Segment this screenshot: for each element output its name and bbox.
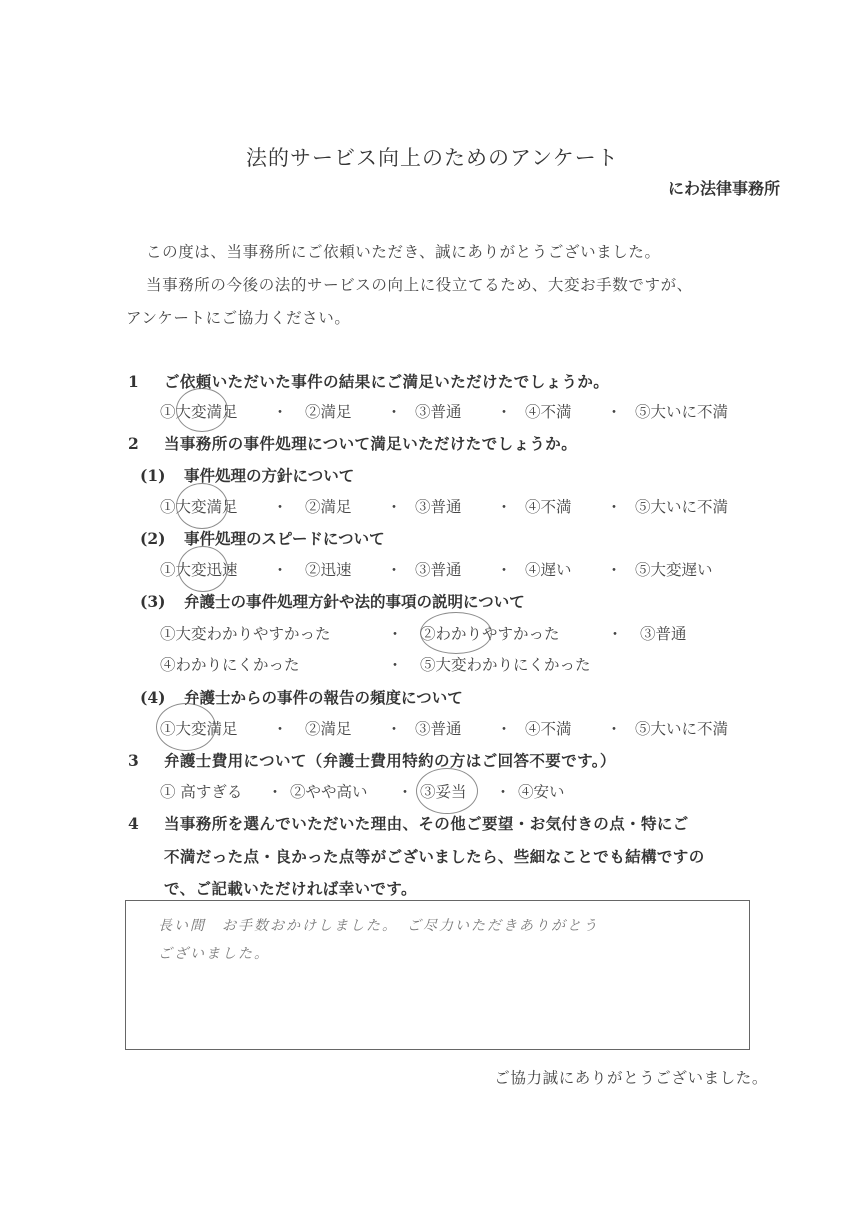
option-5[interactable]: ⑤大いに不満 [635, 400, 728, 422]
separator-dot: ・ [255, 400, 305, 422]
question-4-text-line-3: で、ご記載いただければ幸いです。 [164, 877, 417, 899]
option-2[interactable]: ②やや高い [290, 780, 390, 802]
law-firm-name: にわ法律事務所 [668, 176, 780, 199]
question-text-line-1: 当事務所を選んでいただいた理由、その他ご要望・お気付きの点・特にご [164, 814, 689, 833]
sub-number: (1) [140, 466, 184, 485]
option-4[interactable]: ④わかりにくかった [160, 653, 370, 675]
option-1[interactable]: ①大変迅速 [160, 558, 255, 580]
closing-thanks: ご協力誠にありがとうございました。 [494, 1066, 768, 1088]
free-comment-box[interactable]: 長い間 お手数おかけしました。 ご尽力いただきありがとう ございました。 [125, 900, 750, 1050]
question-2-sub-3-options-row-1: ①大変わかりやすかった ・ ②わかりやすかった ・ ③普通 [160, 622, 687, 644]
separator-dot: ・ [370, 653, 420, 675]
question-1: 1ご依頼いただいた事件の結果にご満足いただけたでしょうか。 [128, 370, 609, 392]
separator-dot: ・ [488, 780, 518, 802]
option-1[interactable]: ①大変わかりやすかった [160, 622, 370, 644]
question-number: 1 [128, 372, 164, 391]
option-2[interactable]: ②満足 [305, 400, 373, 422]
question-4: 4当事務所を選んでいただいた理由、その他ご要望・お気付きの点・特にご [128, 812, 689, 834]
intro-line-2: 当事務所の今後の法的サービスの向上に役立てるため、大変お手数ですが、 [146, 273, 693, 295]
option-2[interactable]: ②満足 [305, 495, 373, 517]
separator-dot: ・ [483, 495, 525, 517]
option-3[interactable]: ③普通 [415, 495, 483, 517]
question-2-sub-2: (2)事件処理のスピードについて [140, 527, 385, 549]
option-5[interactable]: ⑤大変遅い [635, 558, 713, 580]
question-2-sub-3: (3)弁護士の事件処理方針や法的事項の説明について [140, 590, 525, 612]
question-number: 2 [128, 434, 164, 453]
separator-dot: ・ [260, 780, 290, 802]
sub-text: 事件処理のスピードについて [184, 529, 385, 548]
sub-text: 弁護士からの事件の報告の頻度について [184, 688, 463, 707]
separator-dot: ・ [373, 558, 415, 580]
question-number: 3 [128, 751, 164, 770]
option-2[interactable]: ②わかりやすかった [420, 622, 590, 644]
separator-dot: ・ [373, 400, 415, 422]
question-3-options: ① 高すぎる ・ ②やや高い ・ ③妥当 ・ ④安い [160, 780, 565, 802]
intro-line-3: アンケートにご協力ください。 [126, 306, 350, 328]
option-1[interactable]: ①大変満足 [160, 495, 255, 517]
option-5[interactable]: ⑤大いに不満 [635, 717, 728, 739]
intro-line-1: この度は、当事務所にご依頼いただき、誠にありがとうございました。 [146, 240, 661, 262]
option-4[interactable]: ④安い [518, 780, 565, 802]
question-2-sub-3-options-row-2: ④わかりにくかった ・ ⑤大変わかりにくかった [160, 653, 591, 675]
question-2-sub-1-options: ①大変満足 ・ ②満足 ・ ③普通 ・ ④不満 ・ ⑤大いに不満 [160, 495, 728, 517]
option-3[interactable]: ③普通 [640, 622, 687, 644]
separator-dot: ・ [255, 558, 305, 580]
separator-dot: ・ [483, 717, 525, 739]
question-text: ご依頼いただいた事件の結果にご満足いただけたでしょうか。 [164, 372, 609, 391]
option-1[interactable]: ① 高すぎる [160, 780, 260, 802]
question-2-sub-1: (1)事件処理の方針について [140, 464, 354, 486]
separator-dot: ・ [593, 558, 635, 580]
sub-number: (4) [140, 688, 184, 707]
separator-dot: ・ [593, 495, 635, 517]
option-1[interactable]: ①大変満足 [160, 717, 255, 739]
option-2[interactable]: ②迅速 [305, 558, 373, 580]
separator-dot: ・ [593, 400, 635, 422]
option-2[interactable]: ②満足 [305, 717, 373, 739]
question-number: 4 [128, 814, 164, 833]
sub-number: (2) [140, 529, 184, 548]
sub-text: 弁護士の事件処理方針や法的事項の説明について [184, 592, 525, 611]
question-2-sub-4-options: ①大変満足 ・ ②満足 ・ ③普通 ・ ④不満 ・ ⑤大いに不満 [160, 717, 728, 739]
separator-dot: ・ [590, 622, 640, 644]
question-2-sub-2-options: ①大変迅速 ・ ②迅速 ・ ③普通 ・ ④遅い ・ ⑤大変遅い [160, 558, 713, 580]
question-text: 弁護士費用について（弁護士費用特約の方はご回答不要です。） [164, 751, 616, 770]
option-5[interactable]: ⑤大変わかりにくかった [420, 653, 591, 675]
sub-text: 事件処理の方針について [184, 466, 354, 485]
question-4-text-line-2: 不満だった点・良かった点等がございましたら、些細なことでも結構ですの [164, 845, 705, 867]
separator-dot: ・ [373, 717, 415, 739]
question-2-sub-4: (4)弁護士からの事件の報告の頻度について [140, 686, 463, 708]
option-4[interactable]: ④不満 [525, 717, 593, 739]
option-5[interactable]: ⑤大いに不満 [635, 495, 728, 517]
separator-dot: ・ [255, 717, 305, 739]
option-3[interactable]: ③普通 [415, 558, 483, 580]
option-4[interactable]: ④遅い [525, 558, 593, 580]
option-1[interactable]: ①大変満足 [160, 400, 255, 422]
option-4[interactable]: ④不満 [525, 400, 593, 422]
question-text: 当事務所の事件処理について満足いただけたでしょうか。 [164, 434, 577, 453]
option-3[interactable]: ③普通 [415, 400, 483, 422]
separator-dot: ・ [370, 622, 420, 644]
option-3[interactable]: ③普通 [415, 717, 483, 739]
option-4[interactable]: ④不満 [525, 495, 593, 517]
separator-dot: ・ [255, 495, 305, 517]
question-1-options: ①大変満足 ・ ②満足 ・ ③普通 ・ ④不満 ・ ⑤大いに不満 [160, 400, 728, 422]
separator-dot: ・ [593, 717, 635, 739]
handwritten-answer-line-2: ございました。 [158, 943, 270, 963]
survey-title: 法的サービス向上のためのアンケート [246, 142, 619, 172]
option-3[interactable]: ③妥当 [420, 780, 488, 802]
question-3: 3弁護士費用について（弁護士費用特約の方はご回答不要です。） [128, 749, 616, 771]
separator-dot: ・ [483, 558, 525, 580]
separator-dot: ・ [483, 400, 525, 422]
handwritten-answer-line-1: 長い間 お手数おかけしました。 ご尽力いただきありがとう [158, 915, 599, 935]
sub-number: (3) [140, 592, 184, 611]
separator-dot: ・ [390, 780, 420, 802]
separator-dot: ・ [373, 495, 415, 517]
question-2: 2当事務所の事件処理について満足いただけたでしょうか。 [128, 432, 577, 454]
